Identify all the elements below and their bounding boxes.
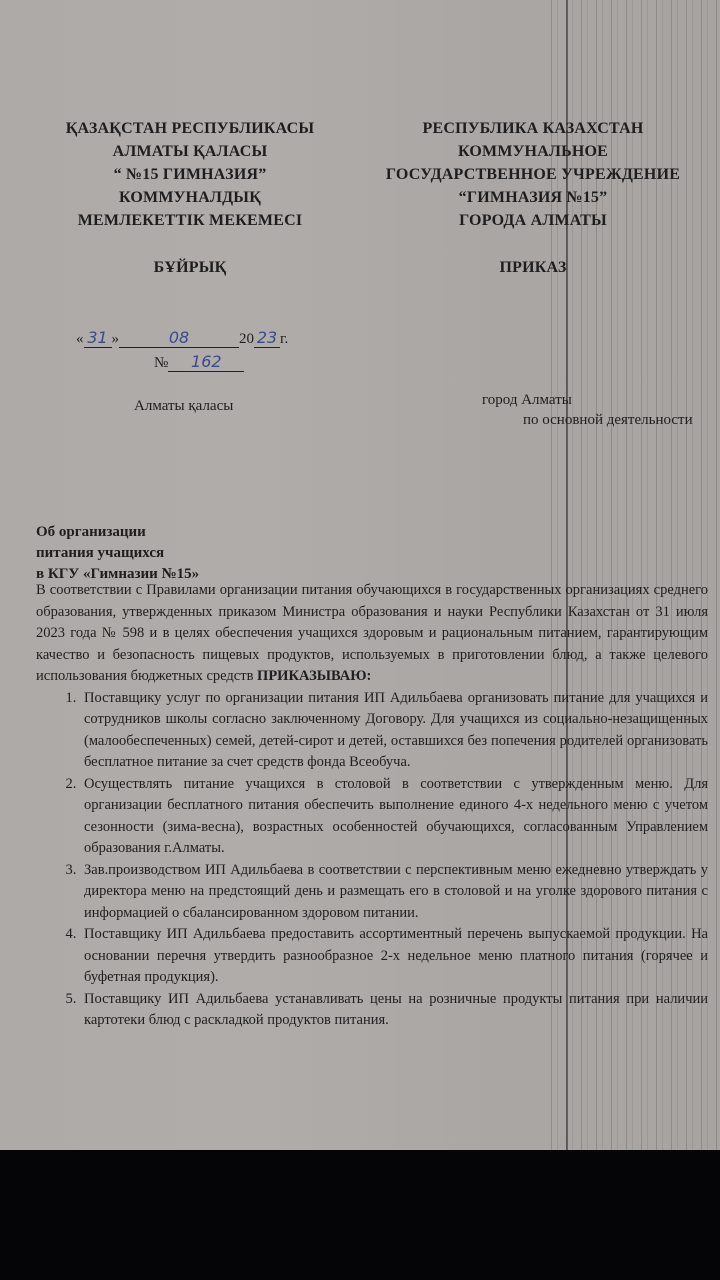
doc-type-russian: ПРИКАЗ bbox=[366, 256, 700, 279]
document-page: ҚАЗАҚСТАН РЕСПУБЛИКАСЫ АЛМАТЫ ҚАЛАСЫ “ №… bbox=[0, 0, 720, 1150]
header-russian: РЕСПУБЛИКА КАЗАХСТАН КОММУНАЛЬНОЕ ГОСУДА… bbox=[366, 117, 700, 279]
header-line: “ №15 ГИМНАЗИЯ” bbox=[40, 163, 340, 186]
order-body: В соответствии с Правилами организации п… bbox=[36, 580, 708, 1032]
header-line: ГОСУДАРСТВЕННОЕ УЧРЕЖДЕНИЕ bbox=[366, 163, 700, 186]
date-day: 31 bbox=[84, 328, 112, 348]
order-date: «31»082023г. bbox=[76, 328, 288, 348]
date-close-quote: » bbox=[112, 331, 120, 347]
header-line: КОММУНАЛЬНОЕ bbox=[366, 140, 700, 163]
header-line: “ГИМНАЗИЯ №15” bbox=[366, 186, 700, 209]
date-year-prefix: 20 bbox=[239, 331, 254, 347]
header-line: МЕМЛЕКЕТТІК МЕКЕМЕСІ bbox=[40, 209, 340, 232]
preamble-text: В соответствии с Правилами организации п… bbox=[36, 582, 708, 684]
header-line: РЕСПУБЛИКА КАЗАХСТАН bbox=[366, 117, 700, 140]
header-line: ҚАЗАҚСТАН РЕСПУБЛИКАСЫ bbox=[40, 117, 340, 140]
doc-type-kazakh: БҰЙРЫҚ bbox=[40, 256, 340, 279]
order-item: Поставщику услуг по организации питания … bbox=[80, 688, 708, 774]
city-russian: город Алматы bbox=[482, 392, 572, 409]
header-kazakh: ҚАЗАҚСТАН РЕСПУБЛИКАСЫ АЛМАТЫ ҚАЛАСЫ “ №… bbox=[40, 117, 340, 279]
order-item: Поставщику ИП Адильбаева предоставить ас… bbox=[80, 924, 708, 989]
subject-line: Об организации bbox=[36, 522, 199, 543]
photo-dark-edge bbox=[0, 1150, 720, 1280]
subject-line: питания учащихся bbox=[36, 543, 199, 564]
order-items: Поставщику услуг по организации питания … bbox=[36, 688, 708, 1032]
number-label: № bbox=[154, 355, 168, 371]
activity-type: по основной деятельности bbox=[523, 412, 693, 429]
date-year-unit: г. bbox=[280, 331, 288, 347]
date-open-quote: « bbox=[76, 331, 84, 347]
date-month: 08 bbox=[119, 328, 239, 348]
header-line: КОММУНАЛДЫҚ bbox=[40, 186, 340, 209]
order-item: Поставщику ИП Адильбаева устанавливать ц… bbox=[80, 989, 708, 1032]
city-kazakh: Алматы қаласы bbox=[134, 398, 233, 415]
preamble: В соответствии с Правилами организации п… bbox=[36, 580, 708, 688]
order-subject: Об организации питания учащихся в КГУ «Г… bbox=[36, 522, 199, 585]
number-value: 162 bbox=[168, 352, 244, 372]
order-number: №162 bbox=[154, 352, 244, 372]
order-item: Осуществлять питание учащихся в столовой… bbox=[80, 774, 708, 860]
date-year-suffix: 23 bbox=[254, 328, 280, 348]
order-item: Зав.производством ИП Адильбаева в соотве… bbox=[80, 860, 708, 925]
order-word: ПРИКАЗЫВАЮ: bbox=[257, 668, 371, 684]
header-line: АЛМАТЫ ҚАЛАСЫ bbox=[40, 140, 340, 163]
header-line: ГОРОДА АЛМАТЫ bbox=[366, 209, 700, 232]
